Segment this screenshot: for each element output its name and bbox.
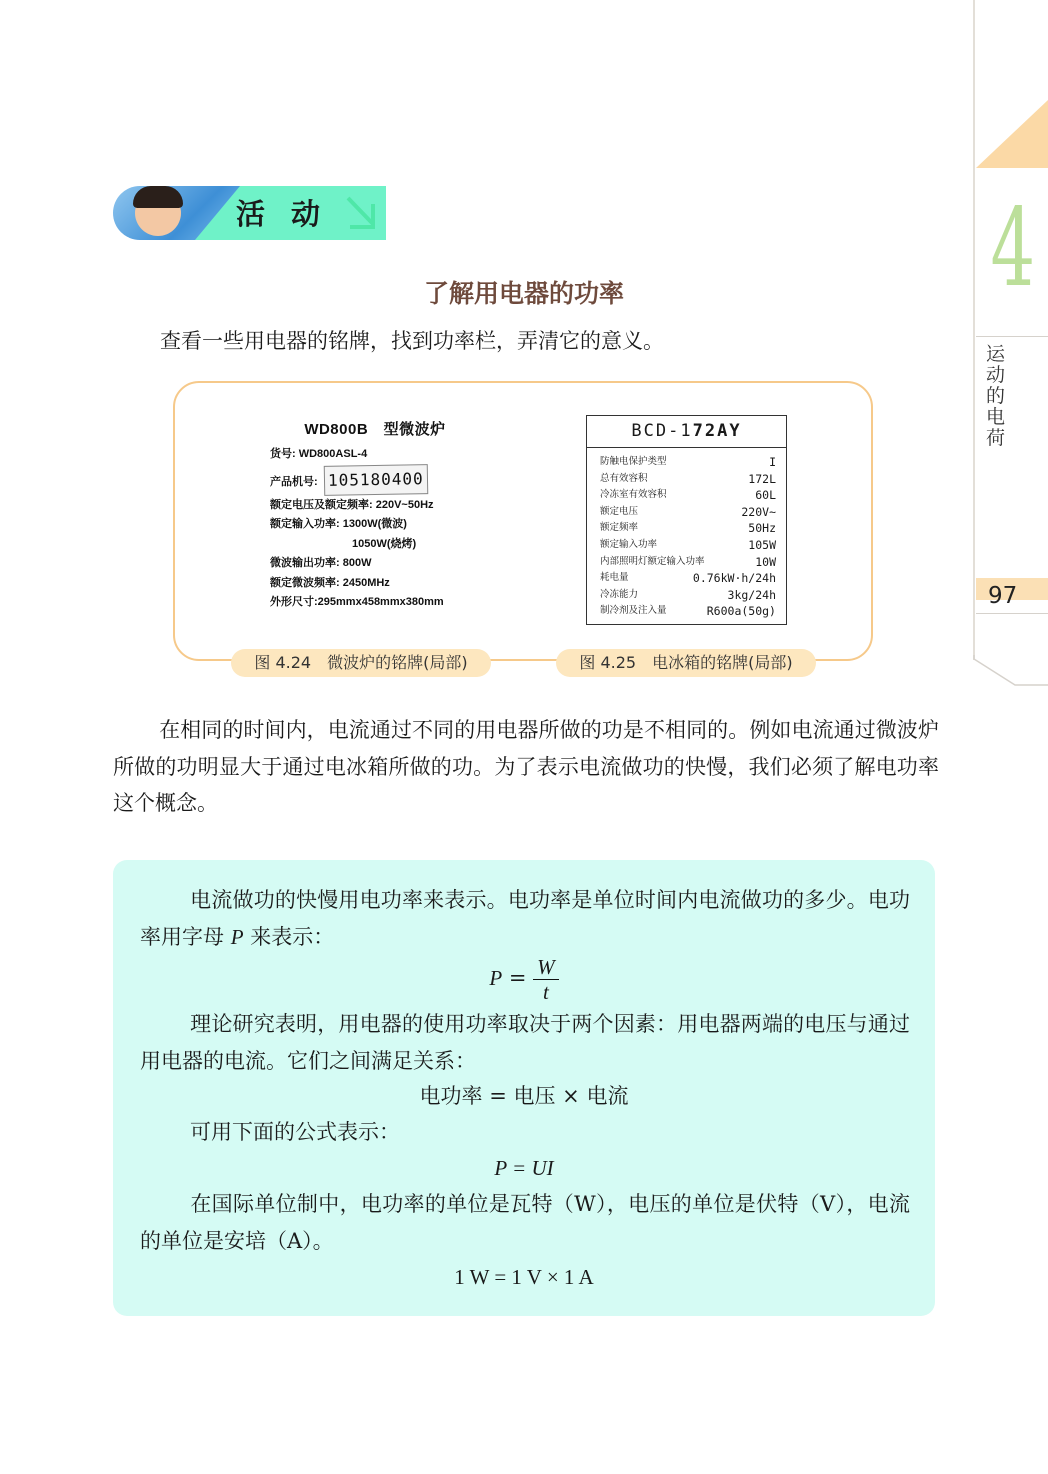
nameplate-row: 额定输入功率105W xyxy=(600,537,776,554)
arrow-down-right-icon xyxy=(340,194,380,234)
nameplate-row: 额定电压及额定频率: 220V~50Hz xyxy=(270,496,480,516)
concept-paragraph-2: 理论研究表明，用电器的使用功率取决于两个因素：用电器两端的电压与通过用电器的电流… xyxy=(140,1006,910,1079)
serial-sticker: 105180400 xyxy=(323,464,427,496)
nameplate-row: 额定频率50Hz xyxy=(600,520,776,537)
relation-equation: 电功率 = 电压 × 电流 xyxy=(113,1078,935,1114)
nameplate-row: 内部照明灯额定输入功率10W xyxy=(600,554,776,571)
concept-paragraph-3: 可用下面的公式表示： xyxy=(140,1114,910,1151)
nameplate-row: 冷冻室有效容积60L xyxy=(600,487,776,504)
formula-unit-watt: 1 W = 1 V × 1 A xyxy=(113,1259,935,1295)
concept-paragraph-1: 电流做功的快慢用电功率来表示。电功率是单位时间内电流做功的多少。电功率用字母 P… xyxy=(140,882,910,955)
nameplate-row: 1050W(烧烤) xyxy=(270,535,480,555)
nameplate-row: 制冷剂及注入量R600a(50g) xyxy=(600,603,776,620)
divider xyxy=(976,336,1048,337)
body-paragraph: 在相同的时间内，电流通过不同的用电器所做的功是不相同的。例如电流通过微波炉所做的… xyxy=(113,712,939,822)
nameplate-row: 耗电量0.76kW·h/24h xyxy=(600,570,776,587)
fridge-model: BCD-172AY xyxy=(587,416,786,448)
nameplate-row: 微波输出功率: 800W xyxy=(270,554,480,574)
nameplate-row: 外形尺寸:295mmx458mmx380mm xyxy=(270,593,480,613)
figure-caption-4-24: 图 4.24 微波炉的铭牌(局部) xyxy=(231,649,491,677)
microwave-model: WD800B 型微波炉 xyxy=(270,418,480,439)
chapter-title: 运动的电荷 xyxy=(986,344,1008,449)
figure-caption-4-25: 图 4.25 电冰箱的铭牌(局部) xyxy=(556,649,816,677)
activity-title: 了解用电器的功率 xyxy=(0,274,1048,310)
child-avatar-hair xyxy=(133,186,183,208)
nameplate-row: 额定电压220V~ xyxy=(600,504,776,521)
fridge-nameplate: BCD-172AY 防触电保护类型I 总有效容积172L 冷冻室有效容积60L … xyxy=(586,415,787,625)
margin-corner xyxy=(973,655,1048,695)
nameplate-row: 防触电保护类型I xyxy=(600,454,776,471)
nameplate-row: 额定微波频率: 2450MHz xyxy=(270,574,480,594)
nameplate-row: 总有效容积172L xyxy=(600,471,776,488)
microwave-nameplate: WD800B 型微波炉 货号: WD800ASL-4 产品机号:10518040… xyxy=(270,418,480,613)
nameplate-row: 货号: WD800ASL-4 xyxy=(270,445,480,465)
activity-instruction: 查看一些用电器的铭牌，找到功率栏，弄清它的意义。 xyxy=(160,326,664,356)
formula-power-definition: P = Wt xyxy=(113,955,935,1004)
chapter-tab-triangle xyxy=(976,100,1048,168)
divider xyxy=(976,613,1048,614)
activity-banner-label: 活动 xyxy=(236,192,346,233)
formula-p-equals-ui: P = UI xyxy=(113,1150,935,1186)
fraction: Wt xyxy=(533,955,559,1004)
nameplate-row: 冷冻能力3kg/24h xyxy=(600,587,776,604)
page-number: 97 xyxy=(988,582,1017,610)
concept-paragraph-4: 在国际单位制中，电功率的单位是瓦特（W），电压的单位是伏特（V），电流的单位是安… xyxy=(140,1186,910,1259)
nameplate-row: 产品机号:105180400 xyxy=(270,465,480,496)
nameplate-row: 额定输入功率: 1300W(微波) xyxy=(270,515,480,535)
margin-border xyxy=(973,0,975,660)
